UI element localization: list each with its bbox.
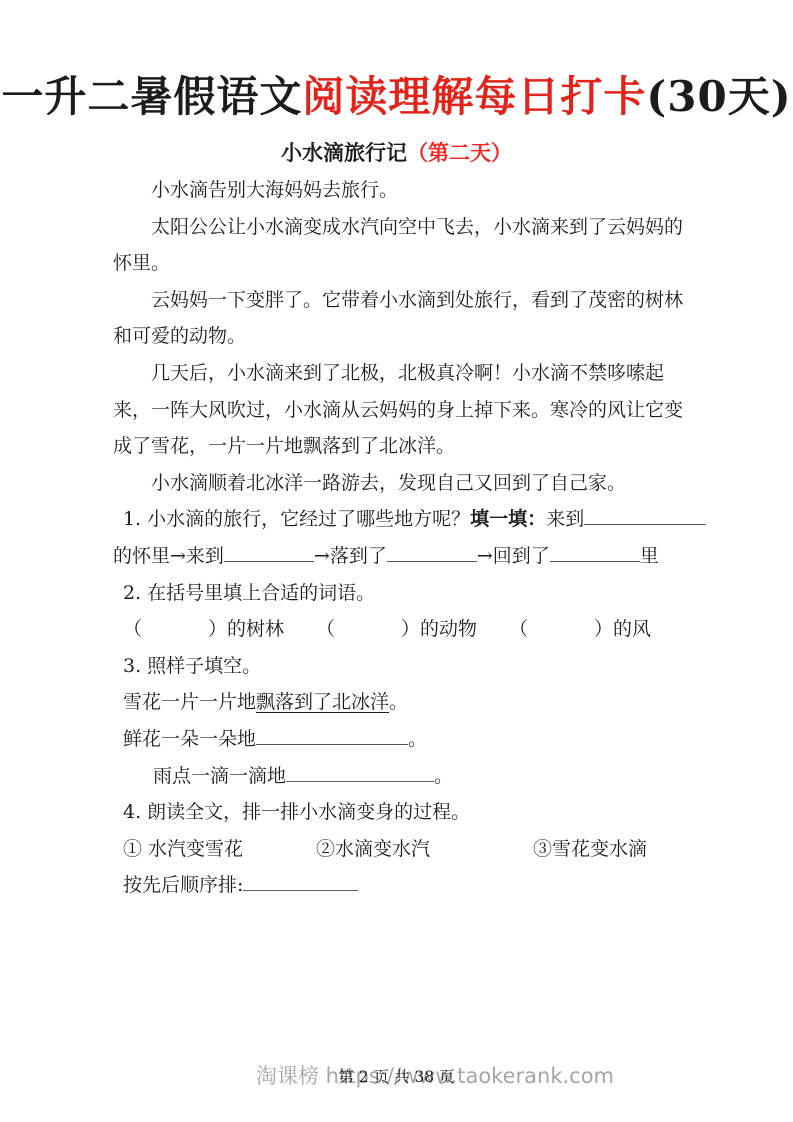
question-1-seg-2: →落到了 bbox=[314, 545, 387, 567]
answer-blank bbox=[387, 542, 477, 562]
fill-2-prefix: 雨点一滴一滴地 bbox=[153, 765, 286, 787]
fill-1-period: 。 bbox=[408, 728, 427, 750]
question-1-line-1: 1. 小水滴的旅行，它经过了哪些地方呢？填一填：来到 bbox=[113, 501, 691, 538]
example-period: 。 bbox=[389, 691, 408, 713]
passage-title-text: 小水滴旅行记 bbox=[281, 140, 407, 165]
fill-1-prefix: 鲜花一朵一朵地 bbox=[123, 728, 256, 750]
worksheet-content: 小水滴告别大海妈妈去旅行。 太阳公公让小水滴变成水汽向空中飞去，小水滴来到了云妈… bbox=[113, 172, 691, 904]
passage-paragraph-4: 几天后，小水滴来到了北极，北极真冷啊！小水滴不禁哆嗦起来，一阵大风吹过，小水滴从… bbox=[113, 355, 691, 465]
question-4-options: ① 水汽变雪花 ②水滴变水汽 ③雪花变水滴 bbox=[113, 831, 691, 868]
passage-paragraph-1: 小水滴告别大海妈妈去旅行。 bbox=[113, 172, 691, 209]
passage-paragraph-3: 云妈妈一下变胖了。它带着小水滴到处旅行，看到了茂密的树林和可爱的动物。 bbox=[113, 282, 691, 355]
answer-blank bbox=[584, 505, 706, 525]
option-3: ③雪花变水滴 bbox=[533, 831, 647, 868]
open-paren: （ bbox=[509, 618, 528, 640]
worksheet-page: 一升二暑假语文阅读理解每日打卡(30天) 小水滴旅行记（第二天） 小水滴告别大海… bbox=[0, 0, 793, 1122]
example-prefix: 雪花一片一片地 bbox=[123, 691, 256, 713]
passage-paragraph-5: 小水滴顺着北冰洋一路游去，发现自己又回到了自己家。 bbox=[113, 465, 691, 502]
answer-blank bbox=[243, 871, 358, 891]
close-paren: ） bbox=[208, 618, 227, 640]
passage-paragraph-2: 太阳公公让小水滴变成水汽向空中飞去，小水滴来到了云妈妈的怀里。 bbox=[113, 209, 691, 282]
question-1-seg-1: 的怀里→来到 bbox=[113, 545, 224, 567]
answer-blank bbox=[256, 725, 408, 745]
option-1: ① 水汽变雪花 bbox=[123, 831, 316, 868]
paren-item-label: 的树林 bbox=[227, 618, 284, 640]
question-2-paren-row: （）的树林 （）的动物 （）的风 bbox=[113, 611, 651, 648]
passage-title-day-badge: （第二天） bbox=[407, 140, 512, 165]
order-label: 按先后顺序排: bbox=[123, 874, 243, 896]
fill-2-period: 。 bbox=[434, 765, 453, 787]
paren-item-label: 的风 bbox=[613, 618, 651, 640]
page-title: 一升二暑假语文阅读理解每日打卡(30天) bbox=[0, 64, 793, 124]
title-segment-black-right: (30天) bbox=[646, 72, 791, 121]
title-segment-black-left: 一升二暑假语文 bbox=[1, 72, 302, 121]
paren-item-label: 的动物 bbox=[420, 618, 477, 640]
question-1-line-2: 的怀里→来到→落到了→回到了里 bbox=[113, 538, 691, 575]
close-paren: ） bbox=[594, 618, 613, 640]
example-underlined-phrase: 飘落到了北冰洋 bbox=[256, 691, 389, 713]
question-4-order-line: 按先后顺序排: bbox=[113, 867, 691, 904]
passage-title: 小水滴旅行记（第二天） bbox=[0, 137, 793, 167]
question-1-seg-4: 里 bbox=[640, 545, 659, 567]
answer-blank bbox=[224, 542, 314, 562]
answer-blank bbox=[286, 762, 434, 782]
question-1-prompt: 1. 小水滴的旅行，它经过了哪些地方呢？ bbox=[123, 508, 470, 530]
paren-fill-item: （）的风 bbox=[509, 611, 651, 648]
open-paren: （ bbox=[316, 618, 335, 640]
option-2: ②水滴变水汽 bbox=[316, 831, 533, 868]
question-3-prompt: 3. 照样子填空。 bbox=[113, 648, 691, 685]
question-3-fill-1: 鲜花一朵一朵地。 bbox=[113, 721, 691, 758]
close-paren: ） bbox=[401, 618, 420, 640]
question-3-example: 雪花一片一片地飘落到了北冰洋。 bbox=[113, 684, 691, 721]
title-segment-red: 阅读理解每日打卡 bbox=[302, 72, 646, 121]
question-1-seg-3: →回到了 bbox=[477, 545, 550, 567]
question-4-prompt: 4. 朗读全文，排一排小水滴变身的过程。 bbox=[113, 794, 691, 831]
question-1-lead-word: 来到 bbox=[546, 508, 584, 530]
question-2-prompt: 2. 在括号里填上合适的词语。 bbox=[113, 575, 691, 612]
question-1-fill-label: 填一填： bbox=[470, 508, 546, 530]
answer-blank bbox=[550, 542, 640, 562]
paren-fill-item: （）的动物 bbox=[316, 611, 477, 648]
question-3-fill-2: 雨点一滴一滴地。 bbox=[113, 758, 691, 795]
paren-fill-item: （）的树林 bbox=[123, 611, 284, 648]
open-paren: （ bbox=[123, 618, 142, 640]
page-number: 第 2 页 共 38 页 bbox=[0, 1065, 793, 1087]
